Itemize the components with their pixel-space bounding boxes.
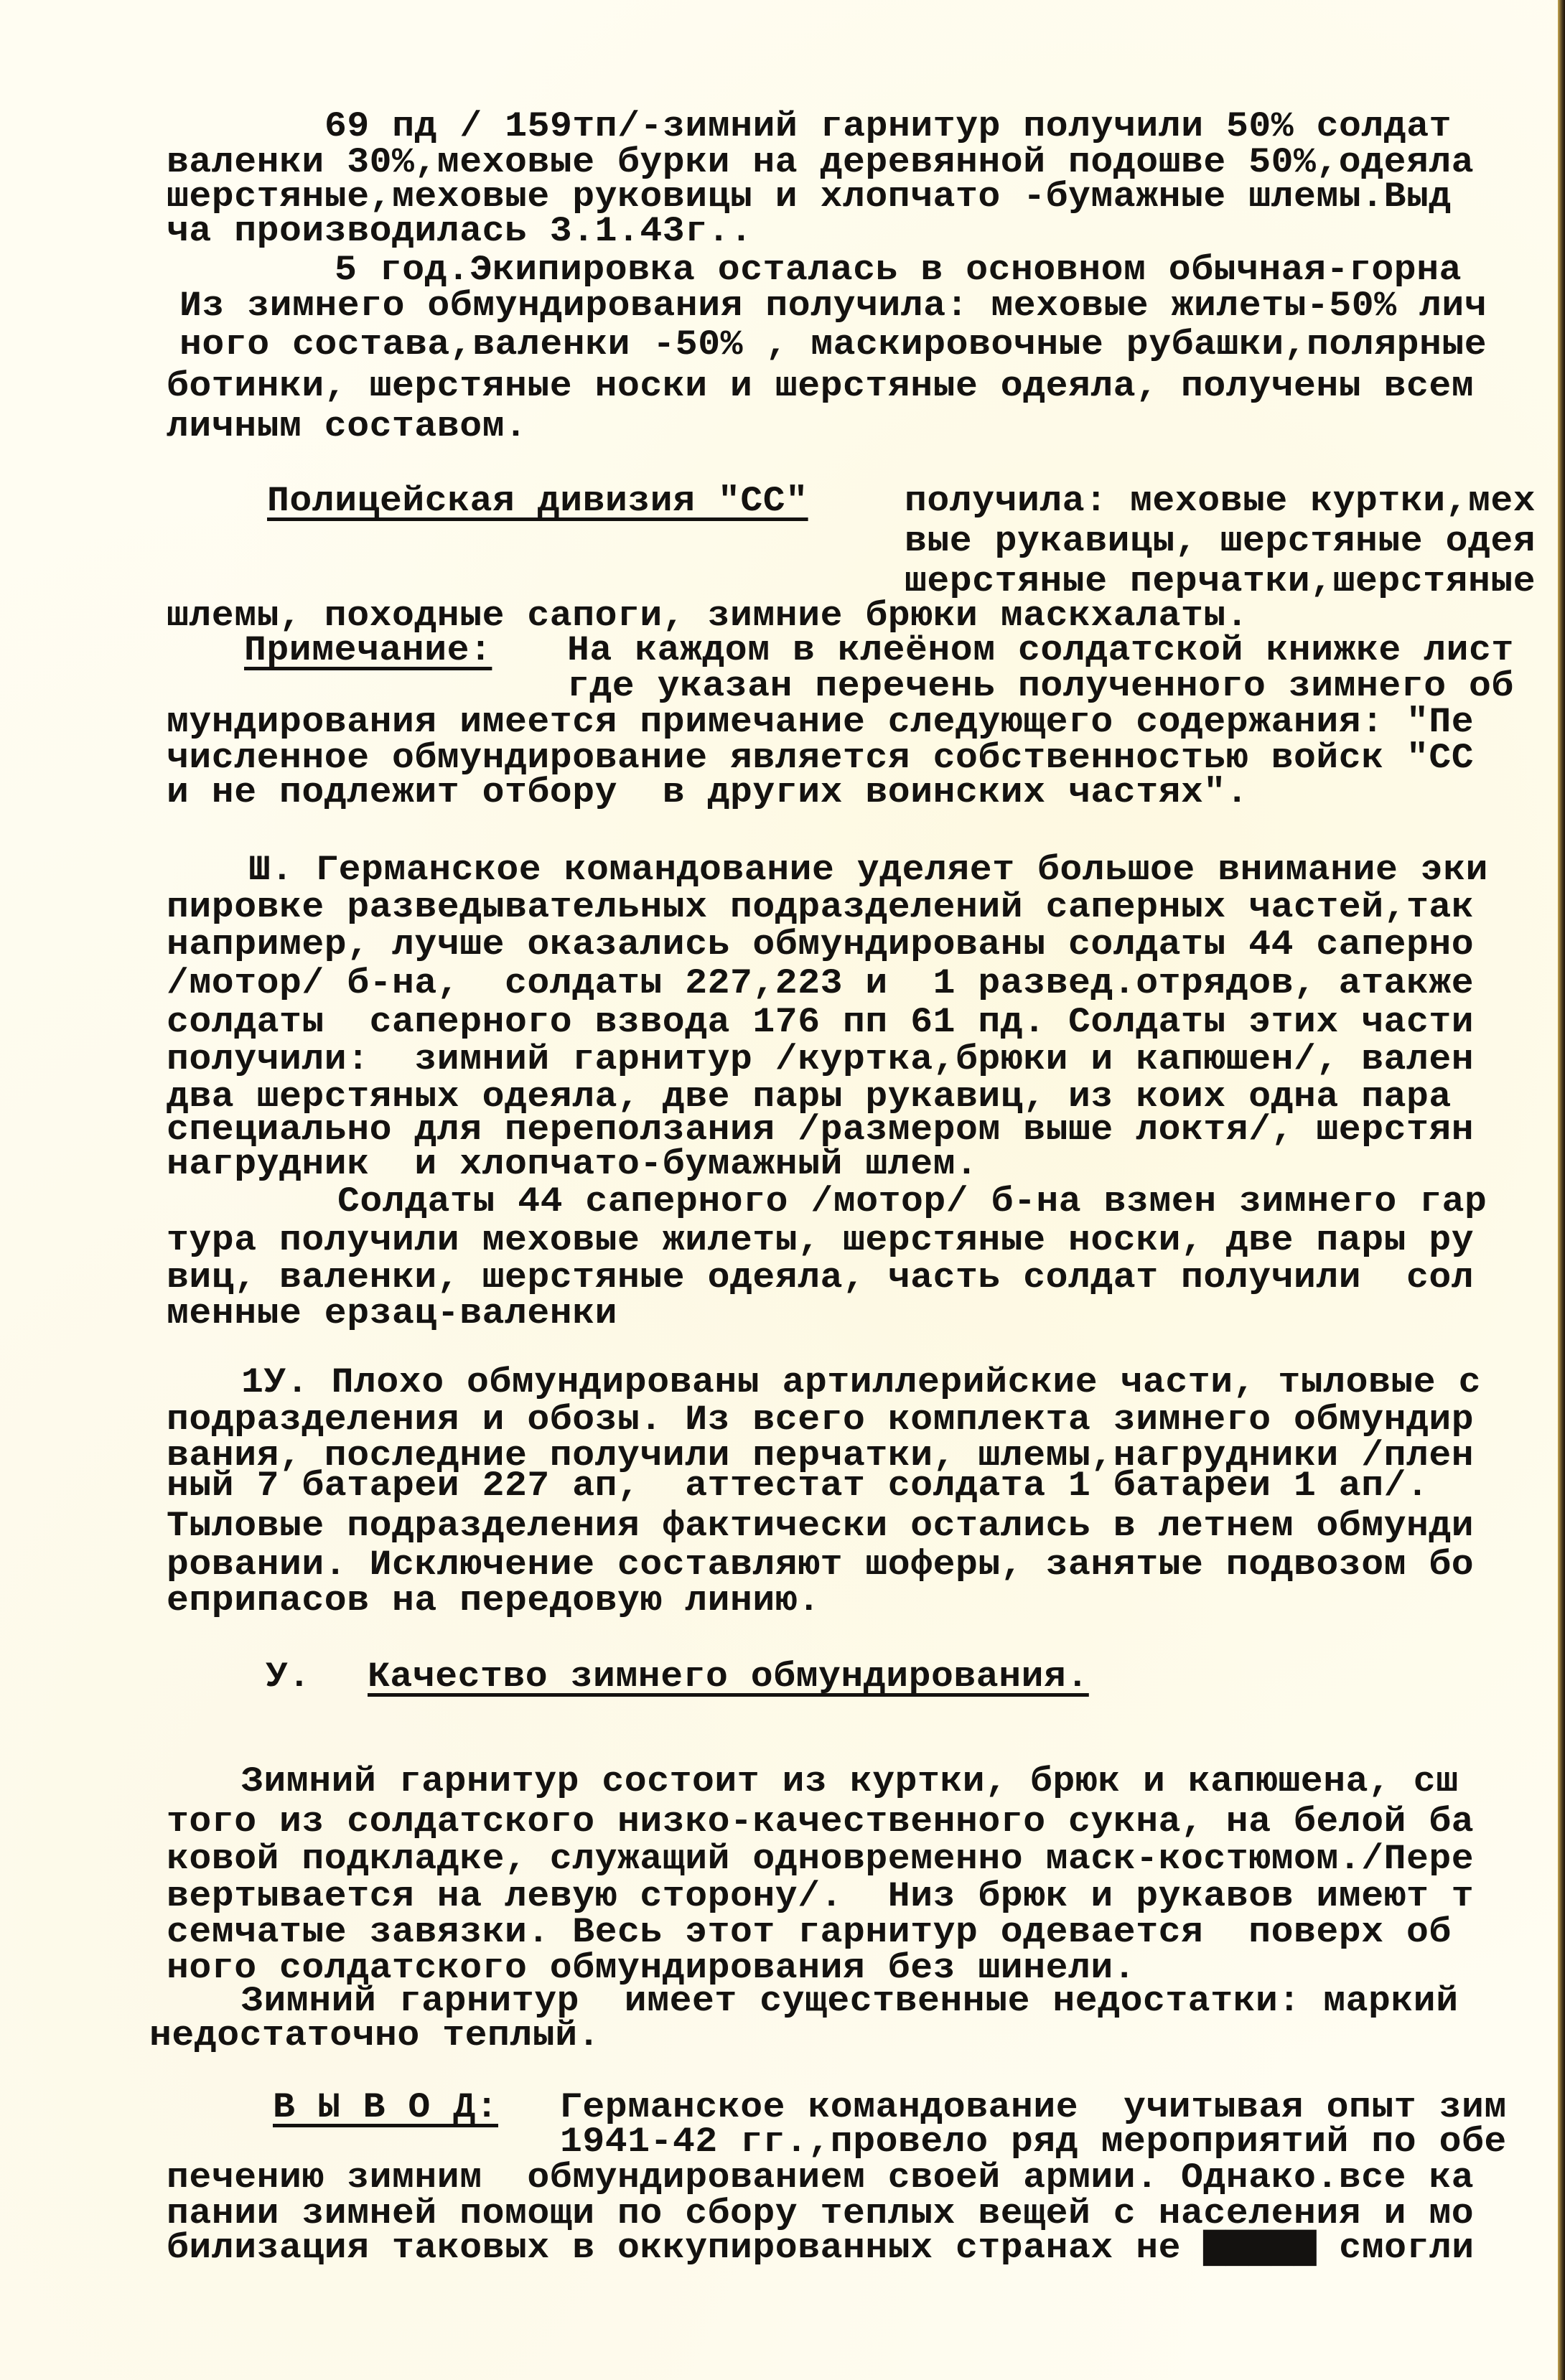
police-division-line: получила: меховые куртки,мех: [905, 481, 1536, 521]
police-division-heading: Полицейская дивизия "СС": [267, 481, 808, 521]
note-line: мундирования имеется примечание следующе…: [167, 702, 1474, 742]
note-line: где указан перечень полученного зимнего …: [567, 666, 1514, 706]
section-3-line: получили: зимний гарнитур /куртка,брюки …: [167, 1039, 1474, 1079]
conclusion-line: билизация таковых в оккупированных стран…: [167, 2228, 1475, 2268]
conclusion-line: печению зимним обмундированием своей арм…: [167, 2158, 1474, 2198]
document-page: 69 пд / 159тп/-зимний гарнитур получили …: [0, 0, 1565, 2380]
conclusion-heading: В Ы В О Д:: [273, 2087, 498, 2127]
paragraph-5god-line: личным составом.: [167, 406, 527, 446]
section-4-line: ровании. Исключение составляют шоферы, з…: [167, 1545, 1474, 1585]
section-3-line: нагрудник и хлопчато-бумажный шлем.: [167, 1144, 978, 1184]
paragraph-5god-line: ботинки, шерстяные носки и шерстяные оде…: [167, 366, 1474, 406]
section-5-line: того из солдатского низко-качественного …: [167, 1802, 1474, 1842]
page-edge-shadow: [1558, 0, 1565, 2380]
note-heading: Примечание:: [244, 630, 492, 670]
section-3b-line: Солдаты 44 саперного /мотор/ б-на взмен …: [337, 1181, 1487, 1222]
paragraph-5god-line: ного состава,валенки -50% , маскировочны…: [179, 324, 1487, 365]
section-5-line: вертывается на левую сторону/. Низ брюк …: [167, 1876, 1474, 1916]
paragraph-69pd-line: 69 пд / 159тп/-зимний гарнитур получили …: [324, 106, 1452, 146]
section-5-line: Зимний гарнитур состоит из куртки, брюк …: [241, 1761, 1459, 1802]
section-3-line: солдаты саперного взвода 176 пп 61 пд. С…: [167, 1002, 1474, 1042]
section-5-heading: Качество зимнего обмундирования.: [368, 1657, 1089, 1697]
section-4-line: еприпасов на передовую линию.: [167, 1580, 821, 1621]
conclusion-line: 1941-42 гг.,провело ряд мероприятий по о…: [560, 2122, 1507, 2162]
section-5-number: У.: [266, 1657, 311, 1697]
paragraph-69pd-line: ча производилась 3.1.43г..: [167, 211, 752, 251]
section-5-line: ковой подкладке, служащий одновременно м…: [167, 1839, 1474, 1879]
section-5-line: недостаточно теплый.: [149, 2015, 600, 2056]
section-3b-line: виц, валенки, шерстяные одеяла, часть со…: [167, 1257, 1474, 1298]
section-4-line: подразделения и обозы. Из всего комплект…: [167, 1400, 1474, 1440]
paragraph-5god-line: Из зимнего обмундирования получила: мехо…: [179, 286, 1487, 326]
section-4-line: Тыловые подразделения фактически осталис…: [167, 1506, 1474, 1546]
section-3-line: /мотор/ б-на, солдаты 227,223 и 1 развед…: [167, 963, 1474, 1003]
section-3-line: например, лучше оказались обмундированы …: [167, 924, 1474, 965]
section-5-line: семчатые завязки. Весь этот гарнитур оде…: [167, 1912, 1452, 1952]
section-4-line: ный 7 батареи 227 ап, аттестат солдата 1…: [167, 1466, 1429, 1506]
section-3-line: пировке разведывательных подразделений с…: [167, 887, 1474, 927]
note-line: На каждом в клеёном солдатской книжке ли…: [567, 630, 1514, 670]
section-3-line: Ш. Германское командование уделяет больш…: [248, 850, 1488, 890]
note-line: и не подлежит отбору в других воинских ч…: [167, 772, 1248, 812]
section-3b-line: менные ерзац-валенки: [167, 1293, 617, 1334]
paragraph-5god-line: 5 год.Экипировка осталась в основном обы…: [335, 250, 1462, 290]
section-3b-line: тура получили меховые жилеты, шерстяные …: [167, 1220, 1474, 1260]
section-4-line: 1У. Плохо обмундированы артиллерийские ч…: [241, 1362, 1481, 1402]
police-division-line: вые рукавицы, шерстяные одея: [905, 521, 1536, 561]
